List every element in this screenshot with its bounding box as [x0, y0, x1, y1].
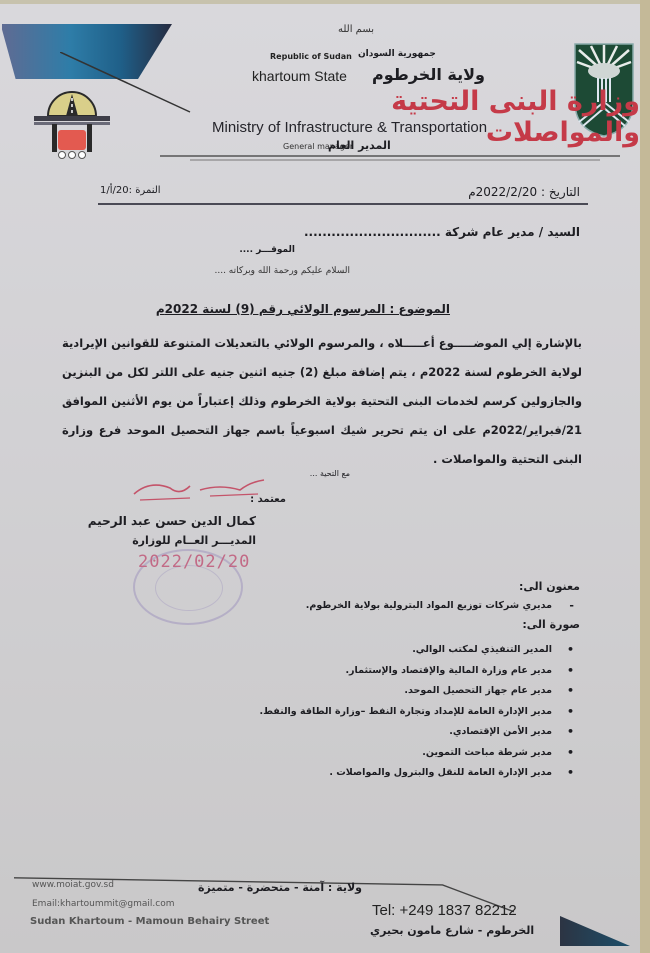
subject-line: الموضوع : المرسوم الولائي رقم (9) لسنة 2… [156, 302, 450, 316]
footer-slogan: ولاية : آمنة - متحضرة - متميزة [198, 881, 362, 894]
reference-number: النمرة :20/أ/1 [100, 185, 161, 196]
footer-email: Email:khartoummit@gmail.com [32, 899, 175, 909]
letter-page: بسم الله Republic of Sudan جمهورية السود… [0, 4, 640, 953]
signature-mark [130, 476, 270, 506]
copies-title: صورة الى: [522, 618, 580, 631]
list-item: مديري شركات توزيع المواد البترولية بولاي… [306, 596, 552, 617]
stamp-date: 2022/02/20 [138, 552, 250, 572]
state-en: khartoum State [252, 68, 347, 84]
republic-en: Republic of Sudan [270, 52, 352, 61]
closing: مع التحية ... [310, 469, 350, 478]
signer-name: كمال الدين حسن عبد الرحيم [88, 514, 256, 528]
state-ar: ولاية الخرطوم [372, 65, 485, 84]
honorific: الموقـــر .... [239, 245, 295, 255]
list-item: مدير الإدارة العامة للإمداد وتجارة النفط… [259, 702, 552, 723]
letter-body: بالإشارة إلي الموضـــــوع أعـــــلاه ، و… [62, 329, 582, 474]
footer-website: www.moiat.gov.sd [32, 880, 114, 890]
ministry-logo-icon [32, 86, 112, 166]
letter-date: التاريخ : 2022/2/20م [468, 185, 580, 199]
ministry-name-ar: وزارة البنى التحتية والمواصلات [230, 86, 640, 148]
office-ar: المدير العام [328, 139, 391, 152]
background-surface-edge [640, 0, 650, 953]
greeting: السلام عليكم ورحمة الله وبركاته .... [215, 266, 351, 276]
list-item: المدير التنفيذي لمكتب الوالي. [259, 640, 552, 661]
ministry-name-en: Ministry of Infrastructure & Transportat… [212, 119, 487, 136]
list-item: مدير عام جهاز التحصيل الموحد. [259, 681, 552, 702]
recipients-title: معنون الى: [519, 580, 580, 593]
signed-label: معتمد : [250, 494, 286, 505]
footer-telephone: Tel: +249 1837 82212 [372, 902, 517, 919]
republic-ar: جمهورية السودان [358, 49, 436, 59]
list-item: مدير الأمن الإقتصادي. [259, 722, 552, 743]
addressee: السيد / مدير عام شركة ..................… [304, 225, 580, 239]
footer-address-ar: الخرطوم - شارع مامون بحيري [370, 924, 534, 937]
list-item: مدير عام وزارة المالية والإقتصاد والإستث… [259, 661, 552, 682]
recipients-list: مديري شركات توزيع المواد البترولية بولاي… [306, 596, 552, 617]
list-item: مدير شرطة مباحث التموين. [259, 743, 552, 764]
footer-address-en: Sudan Khartoum - Mamoun Behairy Street [30, 916, 269, 927]
basmala-calligraphy: بسم الله [338, 24, 374, 35]
footer-corner-graphic [560, 916, 630, 946]
signer-title: المديـــر العــام للوزارة [132, 534, 256, 547]
copies-list: المدير التنفيذي لمكتب الوالي. مدير عام و… [259, 640, 552, 784]
list-item: مدير الإدارة العامة للنقل والبترول والمو… [259, 763, 552, 784]
meta-divider [98, 203, 588, 205]
